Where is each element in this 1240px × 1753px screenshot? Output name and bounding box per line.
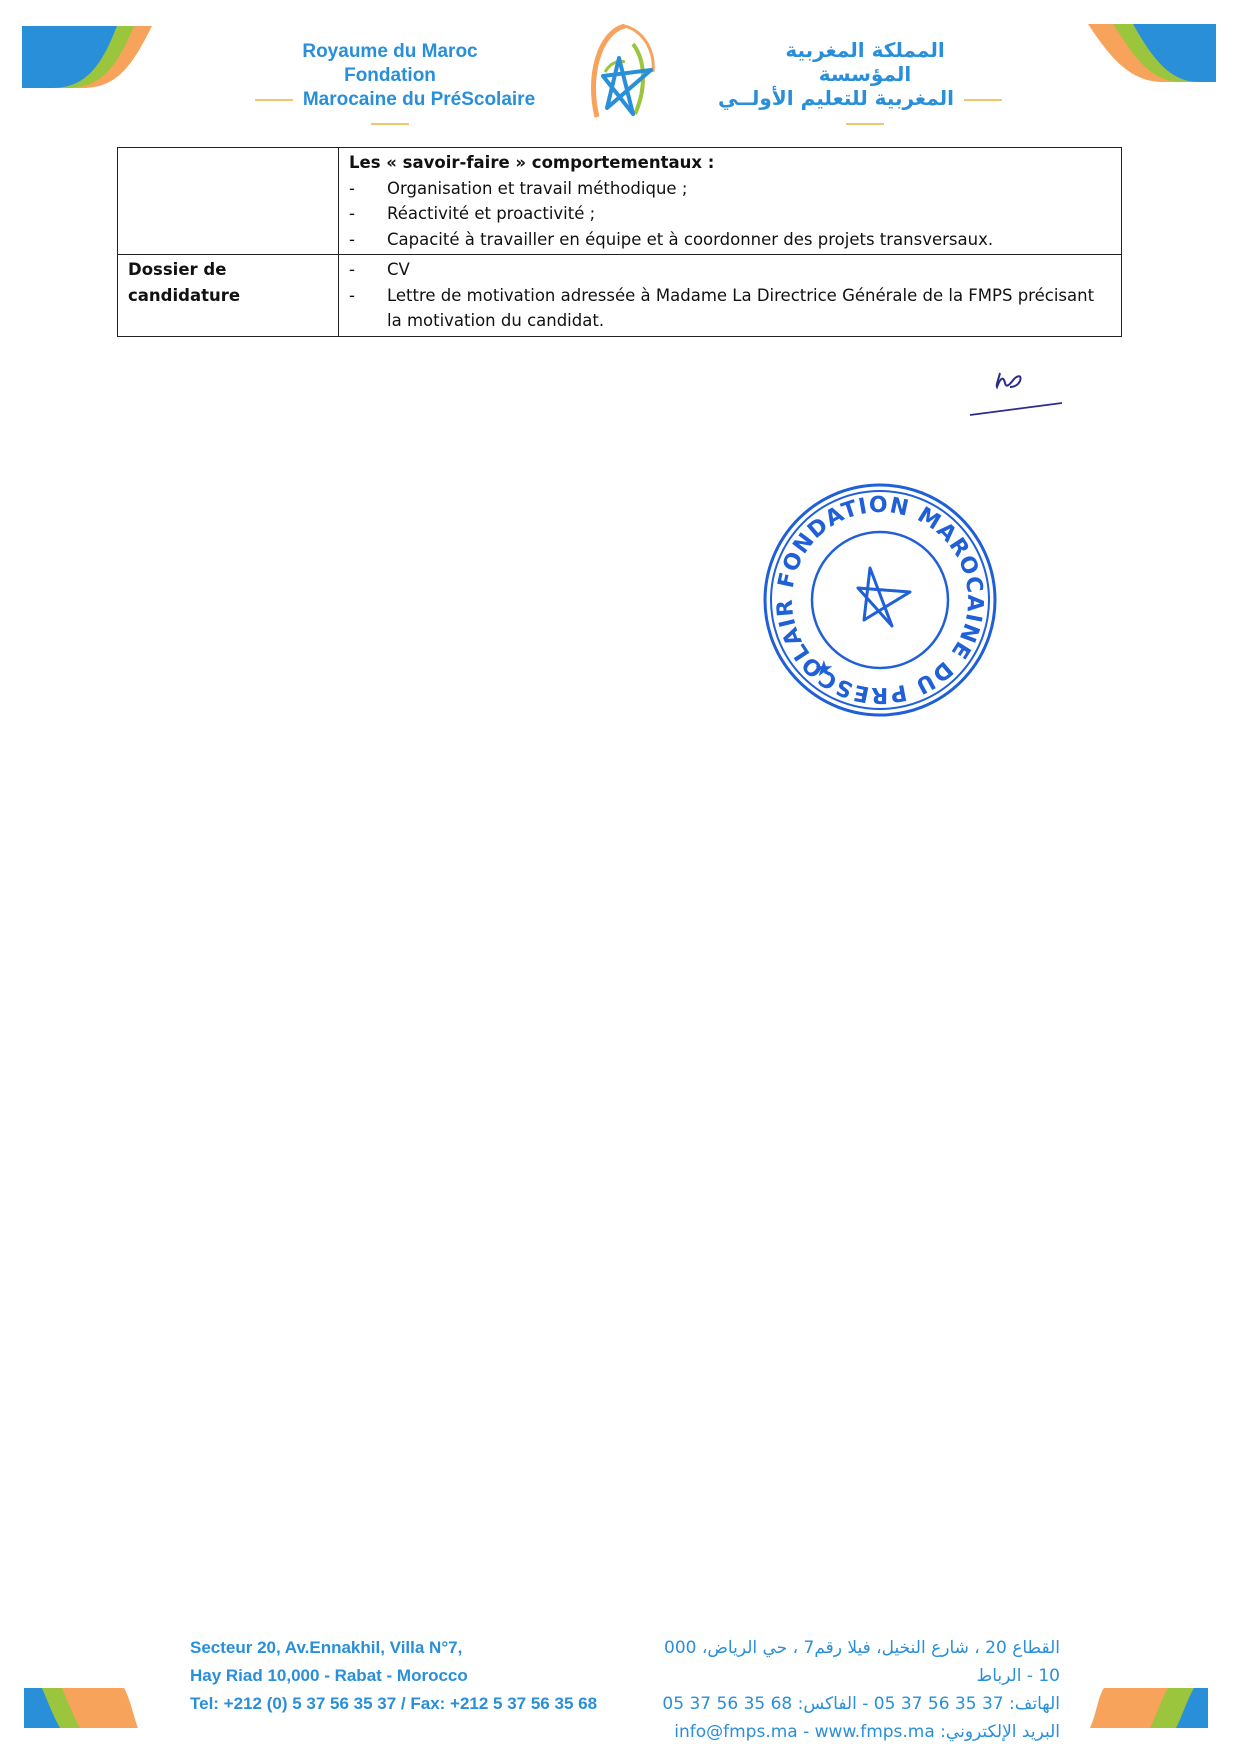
header-ar-line-2: المؤسسة [700, 62, 1030, 86]
footer-arabic-address: القطاع 20 ، شارع النخيل، فيلا رقم7 ، حي … [660, 1634, 1060, 1746]
bullet-dash: - [349, 257, 387, 283]
decorative-line [964, 99, 1002, 101]
row-label [118, 148, 339, 255]
footer-fr-line-1: Secteur 20, Av.Ennakhil, Villa N°7, [190, 1634, 597, 1662]
bullet-dash: - [349, 227, 387, 253]
list-item-text: Organisation et travail méthodique ; [387, 176, 1111, 202]
table-row: Dossier de candidature -CV -Lettre de mo… [118, 255, 1122, 337]
header-fr-line-3-text: Marocaine du PréScolaire [303, 89, 535, 110]
header-fr-line-1: Royaume du Maroc [230, 40, 550, 64]
bullet-dash: - [349, 176, 387, 202]
footer-ar-line-1: القطاع 20 ، شارع النخيل، فيلا رقم7 ، حي … [660, 1634, 1060, 1690]
list-item-text: Lettre de motivation adressée à Madame L… [387, 283, 1111, 334]
table-row: Les « savoir-faire » comportementaux : -… [118, 148, 1122, 255]
bullet-dash: - [349, 283, 387, 334]
header-left-swoosh [22, 26, 152, 88]
svg-text:FONDATION MAROCAINE DU PRESCOL: FONDATION MAROCAINE DU PRESCOLAIRE [760, 480, 987, 707]
list-item: -Lettre de motivation adressée à Madame … [349, 283, 1111, 334]
list-item-text: CV [387, 257, 1111, 283]
decorative-line [371, 123, 409, 125]
footer-ar-line-2: الهاتف: 37 35 56 37 05 - الفاكس: 68 35 5… [660, 1690, 1060, 1718]
star-arc-logo [585, 22, 663, 122]
footer-ar-line-3: البريد الإلكتروني: info@fmps.ma - www.fm… [660, 1718, 1060, 1746]
row-label: Dossier de candidature [118, 255, 339, 337]
header-right-swoosh [1088, 24, 1216, 82]
decorative-line [255, 99, 293, 101]
header-fr-line-2: Fondation [230, 64, 550, 88]
list-item: -CV [349, 257, 1111, 283]
header-ar-line-1: المملكة المغربية [700, 38, 1030, 62]
handwritten-signature [970, 365, 1070, 425]
list-item: -Organisation et travail méthodique ; [349, 176, 1111, 202]
requirements-table: Les « savoir-faire » comportementaux : -… [117, 147, 1122, 337]
bullet-dash: - [349, 201, 387, 227]
row-content: -CV -Lettre de motivation adressée à Mad… [339, 255, 1122, 337]
list-item: -Capacité à travailler en équipe et à co… [349, 227, 1111, 253]
list-item-text: Réactivité et proactivité ; [387, 201, 1111, 227]
header-ar-line-3: المغربية للتعليم الأولــي [700, 86, 1030, 134]
row-content: Les « savoir-faire » comportementaux : -… [339, 148, 1122, 255]
star-icon: ★ [814, 656, 834, 681]
footer-fr-line-2: Hay Riad 10,000 - Rabat - Morocco [190, 1662, 597, 1690]
header-arabic: المملكة المغربية المؤسسة المغربية للتعلي… [700, 38, 1030, 134]
footer-right-swoosh [1090, 1688, 1208, 1728]
footer-left-swoosh [24, 1688, 138, 1728]
foundation-stamp: FONDATION MAROCAINE DU PRESCOLAIRE ★ [760, 480, 1000, 720]
footer-french-address: Secteur 20, Av.Ennakhil, Villa N°7, Hay … [190, 1634, 597, 1718]
list-item-text: Capacité à travailler en équipe et à coo… [387, 227, 1111, 253]
header-ar-line-3-text: المغربية للتعليم الأولــي [718, 86, 954, 110]
decorative-line [846, 123, 884, 125]
header-fr-line-3: Marocaine du PréScolaire [230, 88, 550, 136]
stamp-text: FONDATION MAROCAINE DU PRESCOLAIRE [760, 480, 987, 707]
section-title: Les « savoir-faire » comportementaux : [349, 150, 1111, 176]
list-item: -Réactivité et proactivité ; [349, 201, 1111, 227]
header-french: Royaume du Maroc Fondation Marocaine du … [230, 40, 550, 136]
footer-fr-line-3: Tel: +212 (0) 5 37 56 35 37 / Fax: +212 … [190, 1690, 597, 1718]
